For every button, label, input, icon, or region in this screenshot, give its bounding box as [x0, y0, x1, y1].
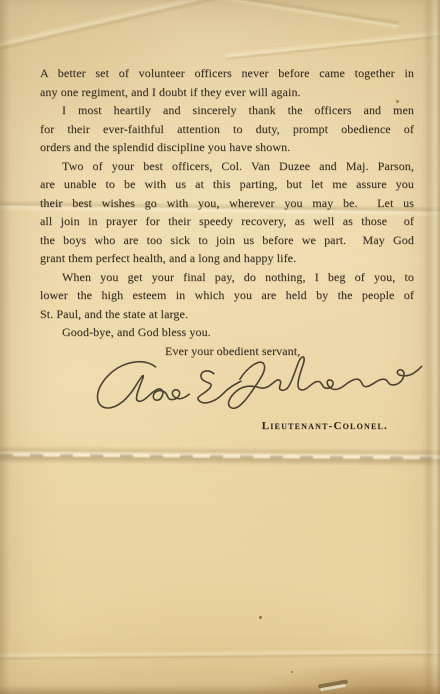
letter-line: their best wishes go with you, wherever … — [40, 194, 414, 213]
letter-line: lower the high esteem in which you are h… — [40, 286, 414, 305]
letter-line: Two of your best officers, Col. Van Duze… — [40, 157, 414, 176]
paper-crease — [225, 28, 440, 61]
letter-line: any one regiment, and I doubt if they ev… — [40, 83, 414, 102]
paragraph: A better set of volunteer officers never… — [40, 64, 414, 101]
letter-page: A better set of volunteer officers never… — [0, 0, 440, 694]
paragraph: I most heartily and sincerely thank the … — [40, 101, 414, 157]
paper-stain — [245, 660, 440, 694]
letter-line: are unable to be with us at this parting… — [40, 175, 414, 194]
paper-fold-line — [0, 445, 440, 466]
paragraph: Good-bye, and God bless you. — [40, 323, 414, 342]
letter-line: all join in prayer for their speedy reco… — [40, 212, 414, 231]
letter-line: A better set of volunteer officers never… — [40, 64, 414, 83]
paper-spot — [291, 671, 293, 673]
letter-line: Good-bye, and God bless you. — [40, 323, 414, 342]
paper-edge — [0, 0, 10, 694]
paragraph: Two of your best officers, Col. Van Duze… — [40, 157, 414, 268]
paragraph: When you get your final pay, do nothing,… — [40, 268, 414, 324]
paper-crease — [151, 0, 399, 29]
letter-line: for their ever-faithful attention to dut… — [40, 120, 414, 139]
letter-line: the boys who are too sick to join us bef… — [40, 231, 414, 250]
letter-line: grant them perfect health, and a long an… — [40, 249, 414, 268]
paper-spot — [259, 616, 262, 619]
signature-image — [67, 342, 428, 424]
letter-line: St. Paul, and the state at large. — [40, 305, 414, 324]
paper-edge — [0, 685, 440, 694]
letter-line: I most heartily and sincerely thank the … — [40, 101, 414, 120]
paper-crease — [0, 0, 238, 57]
letter-line: orders and the splendid discipline you h… — [40, 138, 414, 157]
paper-fold-line — [0, 453, 440, 459]
paper-fold-line — [0, 648, 440, 661]
letter-line: When you get your final pay, do nothing,… — [40, 268, 414, 287]
signature — [67, 342, 428, 424]
